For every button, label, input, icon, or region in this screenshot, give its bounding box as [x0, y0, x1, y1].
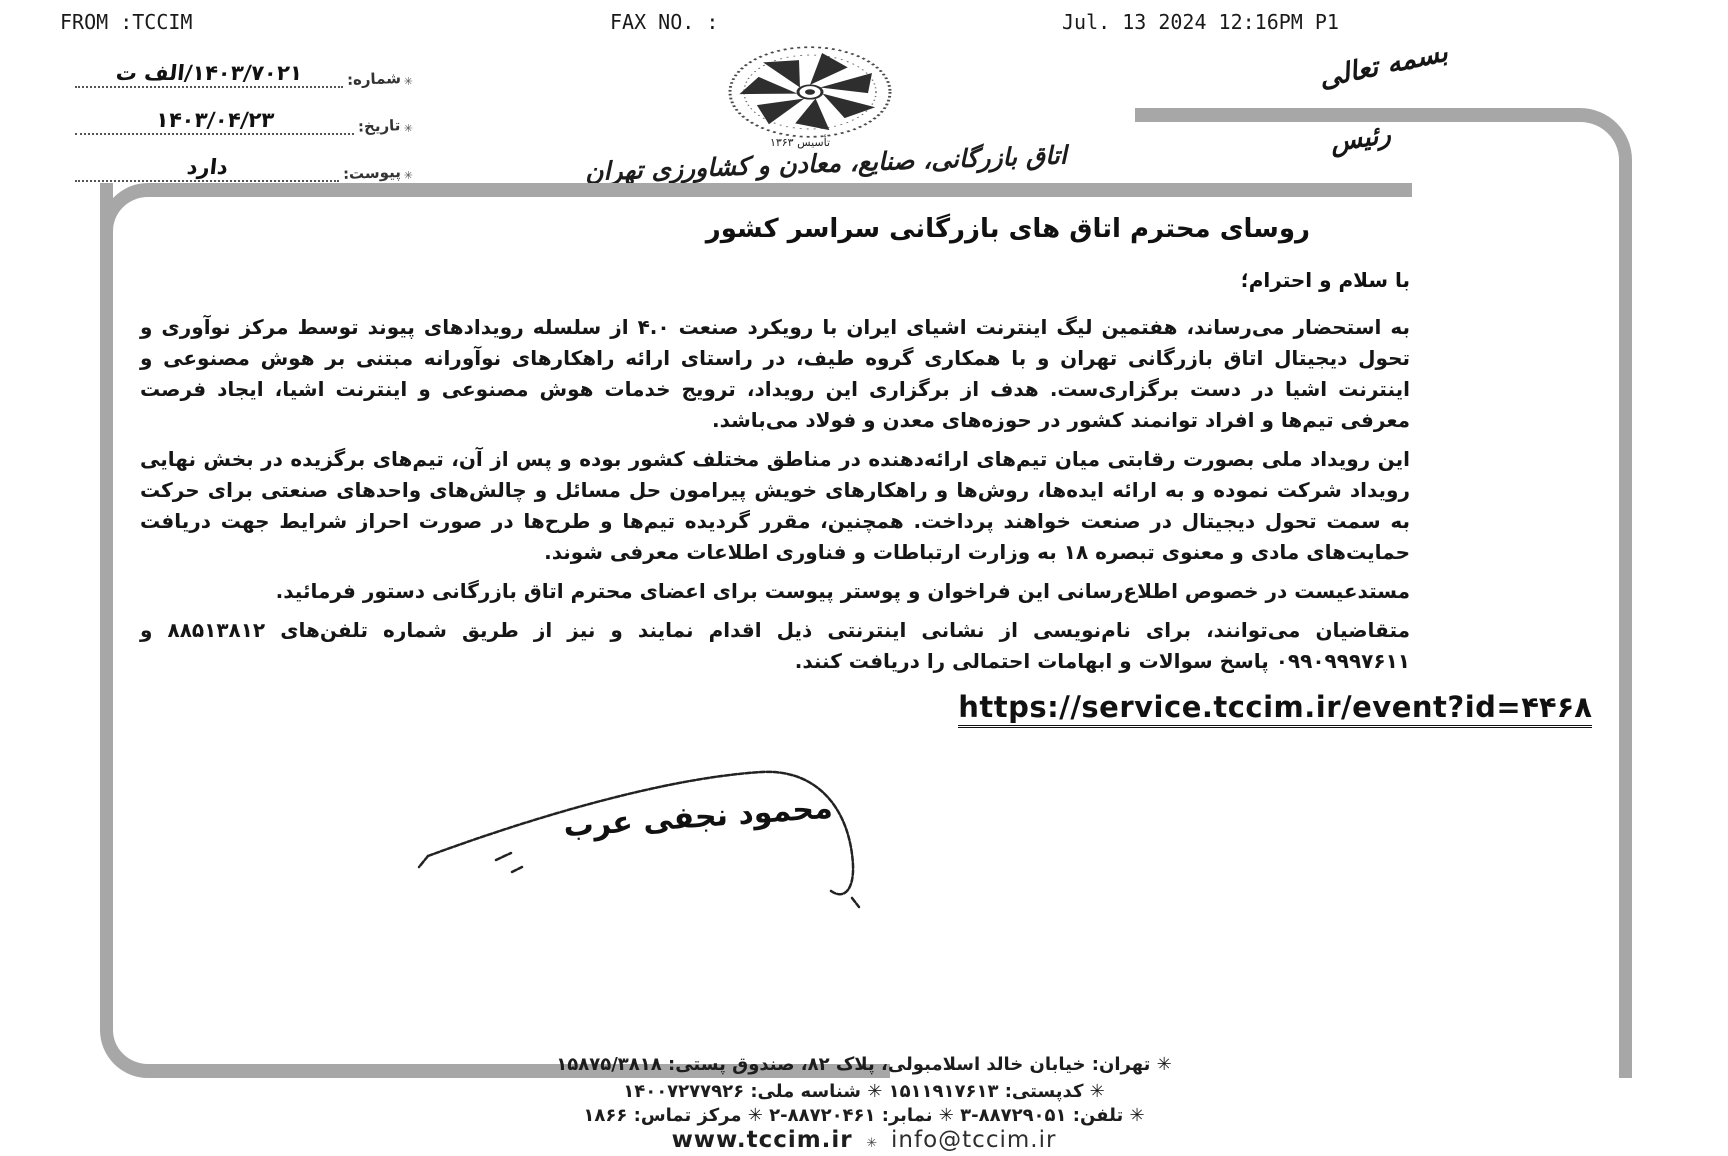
reference-row-date: ✳ تاریخ: ۱۴۰۳/۰۴/۲۳ — [75, 99, 413, 135]
footer-address-line: ✳ تهران: خیابان خالد اسلامبولی، پلاک ۸۲،… — [0, 1054, 1728, 1075]
reference-block: ✳ شماره: ۱۴۰۳/۷۰۲۱/الف ت ✳ تاریخ: ۱۴۰۳/۰… — [75, 52, 413, 193]
tccim-logo-icon — [726, 44, 894, 144]
fax-number-label: FAX NO. : — [610, 10, 718, 34]
star-icon: ✳ — [401, 75, 413, 88]
website-link[interactable]: www.tccim.ir — [672, 1127, 853, 1153]
star-icon: ✳ — [858, 1136, 885, 1151]
dotted-line: ۱۴۰۳/۷۰۲۱/الف ت — [75, 61, 343, 88]
reference-date-label: تاریخ: — [354, 116, 401, 136]
bismillah-calligraphy: بسمه تعالی — [1316, 37, 1450, 94]
fax-from: FROM :TCCIM — [60, 10, 192, 34]
reference-number-value: ۱۴۰۳/۷۰۲۱/الف ت — [114, 61, 303, 85]
star-icon: ✳ — [401, 169, 413, 182]
fax-datetime: Jul. 13 2024 12:16PM P1 — [1062, 10, 1339, 34]
reference-row-number: ✳ شماره: ۱۴۰۳/۷۰۲۱/الف ت — [75, 52, 413, 88]
reference-row-attachment: ✳ پیوست: دارد — [75, 146, 413, 182]
fax-document-page: { "fax_header": { "from": "FROM :TCCIM",… — [0, 0, 1728, 1156]
star-icon: ✳ — [401, 122, 413, 135]
dotted-line: دارد — [75, 155, 339, 182]
reference-number-label: شماره: — [343, 69, 402, 89]
reference-attachment-value: دارد — [185, 155, 228, 179]
footer-postal-line: ✳ کدپستی: ۱۵۱۱۹۱۷۶۱۳ ✳ شناسه ملی: ۱۴۰۰۷۲… — [0, 1081, 1728, 1102]
organization-name-calligraphy: اتاق بازرگانی، صنایع، معادن و کشاورزی ته… — [585, 143, 1006, 187]
footer-phone-line: ✳ تلفن: ۸۸۷۲۹۰۵۱-۳ ✳ نمابر: ۸۸۷۲۰۴۶۱-۲ ✳… — [0, 1105, 1728, 1126]
letter-title: روسای محترم اتاق های بازرگانی سراسر کشور — [706, 214, 1310, 244]
fax-transmission-header: FROM :TCCIM FAX NO. : Jul. 13 2024 12:16… — [0, 10, 1728, 38]
footer-web-line: www.tccim.ir ✳ info@tccim.ir — [0, 1127, 1728, 1153]
event-registration-link[interactable]: https://service.tccim.ir/event?id=۴۴۶۸ — [958, 690, 1592, 728]
letter-body: به استحضار می‌رساند، هفتمین لیگ اینترنت … — [140, 312, 1410, 685]
paragraph-request: مستدعیست در خصوص اطلاع‌رسانی این فراخوان… — [140, 576, 1410, 607]
reference-attachment-label: پیوست: — [339, 163, 401, 183]
reference-date-value: ۱۴۰۳/۰۴/۲۳ — [155, 108, 275, 132]
email-link[interactable]: info@tccim.ir — [891, 1127, 1056, 1153]
greeting-line: با سلام و احترام؛ — [1241, 268, 1410, 292]
dotted-line: ۱۴۰۳/۰۴/۲۳ — [75, 108, 354, 135]
paragraph-announcement: به استحضار می‌رساند، هفتمین لیگ اینترنت … — [140, 312, 1410, 436]
paragraph-competition-details: این رویداد ملی بصورت رقابتی میان تیم‌های… — [140, 444, 1410, 568]
